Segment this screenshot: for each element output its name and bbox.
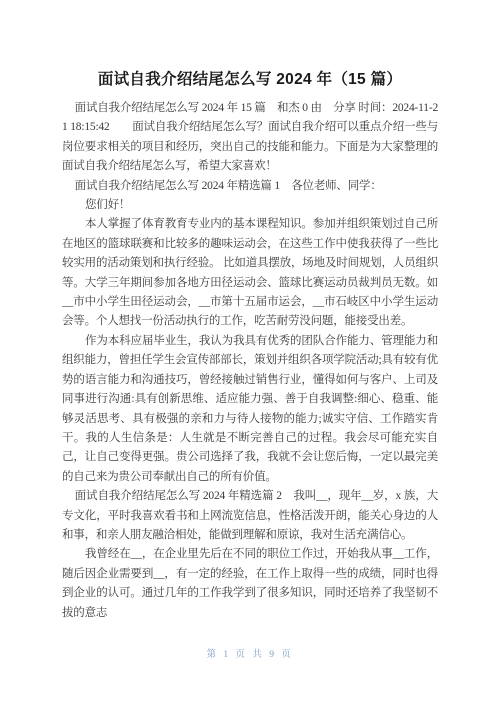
section-1-heading-paragraph: 面试自我介绍结尾怎么写 2024 年精选篇 1 各位老师、同学： bbox=[62, 177, 438, 196]
section-2-heading-paragraph: 面试自我介绍结尾怎么写 2024 年精选篇 2 我叫__，现年__岁，x 族，大… bbox=[62, 487, 438, 545]
document-page: 面试自我介绍结尾怎么写 2024 年（15 篇） 面试自我介绍结尾怎么写 202… bbox=[0, 0, 500, 707]
page-footer: 第 1 页 共 9 页 bbox=[0, 644, 500, 662]
page-indicator: 第 1 页 共 9 页 bbox=[207, 650, 294, 660]
section-1-paragraph-1: 本人掌握了体育教育专业内的基本课程知识。参加并组织策划过自己所在地区的篮球联赛和… bbox=[62, 215, 438, 331]
document-text: 面试自我介绍结尾怎么写 2024 年 15 篇 和杰 0 由 分享 时间：202… bbox=[62, 99, 438, 623]
greeting-paragraph: 您们好！ bbox=[62, 196, 438, 215]
document-title: 面试自我介绍结尾怎么写 2024 年（15 篇） bbox=[62, 69, 438, 91]
section-2-paragraph-1: 我曾经在__，在企业里先后在不同的职位工作过，开始我从事__工作，随后因企业需要… bbox=[62, 545, 438, 623]
section-1-paragraph-2: 作为本科应届毕业生，我认为我具有优秀的团队合作能力、管理能力和组织能力，曾担任学… bbox=[62, 332, 438, 487]
meta-intro-paragraph: 面试自我介绍结尾怎么写 2024 年 15 篇 和杰 0 由 分享 时间：202… bbox=[62, 99, 438, 177]
document-body: 面试自我介绍结尾怎么写 2024 年（15 篇） 面试自我介绍结尾怎么写 202… bbox=[0, 0, 500, 623]
